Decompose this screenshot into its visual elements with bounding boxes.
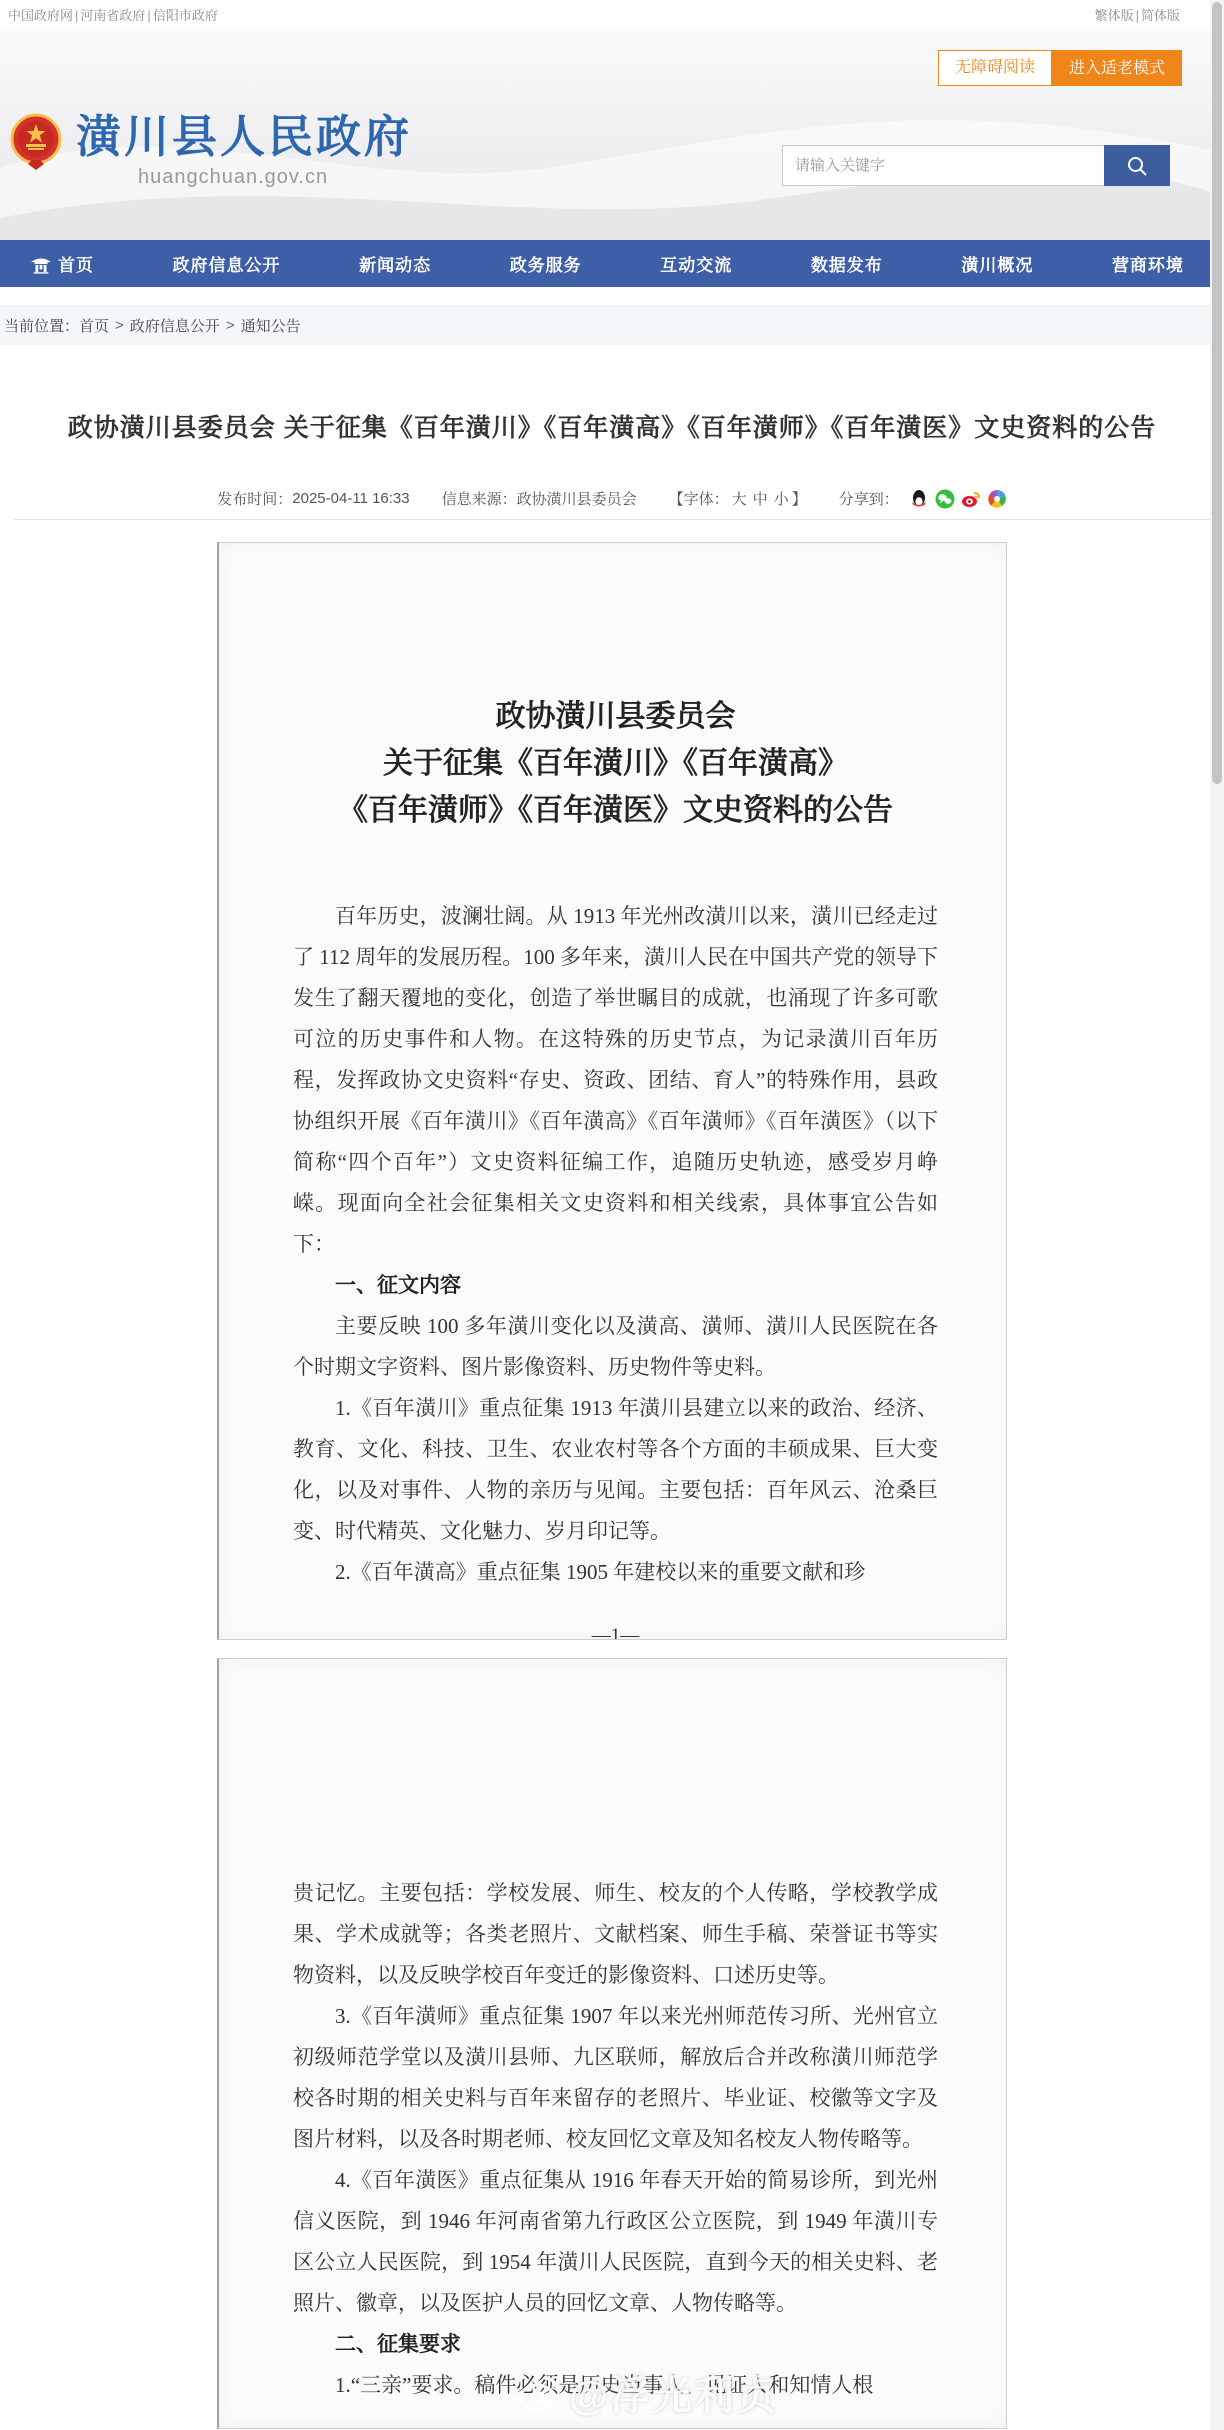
font-size-control: 【字体： 大 中 小 】 xyxy=(669,488,807,509)
breadcrumb: 当前位置： 首页 > 政府信息公开 > 通知公告 xyxy=(0,305,1224,345)
document-scan-page-1: 政协潢川县委员会关于征集《百年潢川》《百年潢高》《百年潢师》《百年潢医》文史资料… xyxy=(217,542,1007,1640)
nav-item-services[interactable]: 政务服务 xyxy=(510,251,582,276)
breadcrumb-item-home[interactable]: 首页 xyxy=(79,315,109,336)
elder-mode-button[interactable]: 进入适老模式 xyxy=(1052,50,1182,86)
nav-item-label: 数据发布 xyxy=(811,251,883,276)
nav-item-gov-info[interactable]: 政府信息公开 xyxy=(173,251,281,276)
lang-link-simplified[interactable]: 简体版 xyxy=(1141,8,1180,23)
font-size-label-close: 】 xyxy=(792,488,807,509)
document-paragraph: 4.《百年潢医》重点征集从 1916 年春天开始的简易诊所，到光州信义医院，到 … xyxy=(293,2160,938,2324)
info-source-label: 信息来源： xyxy=(442,488,517,509)
share-label: 分享到： xyxy=(839,488,899,509)
header-banner: 无障碍阅读 进入适老模式 潢川县人民政府 huangchuan.gov.cn xyxy=(0,28,1224,240)
document-title-line: 关于征集《百年潢川》《百年潢高》 xyxy=(293,740,938,787)
nav-item-label: 互动交流 xyxy=(660,251,732,276)
nav-item-label: 首页 xyxy=(58,251,94,276)
gov-link-china[interactable]: 中国政府网 xyxy=(8,8,73,23)
document-paragraph: 1.“三亲”要求。稿件必须是历史当事人、见证人和知情人根 xyxy=(293,2365,938,2406)
wechat-share-icon[interactable] xyxy=(935,489,955,509)
document-paragraph: 3.《百年潢师》重点征集 1907 年以来光州师范传习所、光州官立初级师范学堂以… xyxy=(293,1996,938,2160)
document-body-page-2: 贵记忆。主要包括：学校发展、师生、校友的个人传略，学校教学成果、学术成就等；各类… xyxy=(293,1873,938,2406)
link-separator: | xyxy=(147,8,150,23)
national-emblem-icon xyxy=(10,112,62,172)
page-title: 政协潢川县委员会 关于征集《百年潢川》《百年潢高》《百年潢师》《百年潢医》文史资… xyxy=(0,408,1224,444)
document-title-line: 《百年潢师》《百年潢医》文史资料的公告 xyxy=(293,787,938,834)
nav-item-label: 政务服务 xyxy=(510,251,582,276)
top-links-bar: 中国政府网|河南省政府|信阳市政府 繁体版|简体版 xyxy=(0,0,1224,28)
document-body-page-1: 百年历史，波澜壮阔。从 1913 年光州改潢川以来，潢川已经走过了 112 周年… xyxy=(293,896,938,1593)
link-separator: | xyxy=(1136,8,1139,23)
nav-item-business[interactable]: 营商环境 xyxy=(1112,251,1184,276)
document-title-line: 政协潢川县委员会 xyxy=(293,693,938,740)
accessibility-button[interactable]: 无障碍阅读 xyxy=(938,50,1052,86)
search-icon xyxy=(1125,154,1149,178)
document-paragraph: 主要反映 100 多年潢川变化以及潢高、潢师、潢川人民医院在各个时期文字资料、图… xyxy=(293,1306,938,1388)
search-button[interactable] xyxy=(1104,145,1170,186)
breadcrumb-item-notices[interactable]: 通知公告 xyxy=(241,315,301,336)
page-number: —1— xyxy=(293,1625,938,1640)
publish-time-label: 发布时间： xyxy=(217,488,292,509)
search-box xyxy=(782,145,1170,186)
gov-link-xinyang[interactable]: 信阳市政府 xyxy=(153,8,218,23)
share-icons xyxy=(903,489,1007,509)
breadcrumb-separator: > xyxy=(226,317,235,334)
document-paragraph: 二、征集要求 xyxy=(293,2324,938,2365)
search-input[interactable] xyxy=(782,145,1104,186)
gov-links: 中国政府网|河南省政府|信阳市政府 xyxy=(8,5,218,24)
gov-link-henan[interactable]: 河南省政府 xyxy=(80,8,145,23)
nav-item-label: 营商环境 xyxy=(1112,251,1184,276)
font-size-medium[interactable]: 中 xyxy=(753,488,768,509)
main-nav: 首页 政府信息公开 新闻动态 政务服务 互动交流 数据发布 潢川概况 营商环境 xyxy=(0,240,1224,287)
meta-divider xyxy=(14,519,1210,520)
site-logo[interactable]: 潢川县人民政府 huangchuan.gov.cn xyxy=(10,112,412,189)
document-paragraph: 贵记忆。主要包括：学校发展、师生、校友的个人传略，学校教学成果、学术成就等；各类… xyxy=(293,1873,938,1996)
document-paragraph: 一、征文内容 xyxy=(293,1265,938,1306)
document-paragraph: 2.《百年潢高》重点征集 1905 年建校以来的重要文献和珍 xyxy=(293,1552,938,1593)
document-title: 政协潢川县委员会关于征集《百年潢川》《百年潢高》《百年潢师》《百年潢医》文史资料… xyxy=(293,693,938,834)
lang-link-traditional[interactable]: 繁体版 xyxy=(1095,8,1134,23)
site-text: 潢川县人民政府 huangchuan.gov.cn xyxy=(76,112,412,189)
nav-item-data[interactable]: 数据发布 xyxy=(811,251,883,276)
qq-share-icon[interactable] xyxy=(909,489,929,509)
nav-item-label: 政府信息公开 xyxy=(173,251,281,276)
weibo-share-icon[interactable] xyxy=(961,489,981,509)
info-source-value: 政协潢川县委员会 xyxy=(517,488,637,509)
home-icon xyxy=(30,254,52,274)
nav-item-news[interactable]: 新闻动态 xyxy=(359,251,431,276)
share-control: 分享到： xyxy=(839,488,1007,509)
scrollbar-track[interactable] xyxy=(1210,0,1224,2430)
info-source: 信息来源： 政协潢川县委员会 xyxy=(442,488,637,509)
article-meta: 发布时间： 2025-04-11 16:33 信息来源： 政协潢川县委员会 【字… xyxy=(0,488,1224,509)
nav-item-label: 潢川概况 xyxy=(961,251,1033,276)
scrollbar-thumb[interactable] xyxy=(1212,2,1222,784)
breadcrumb-separator: > xyxy=(115,317,124,334)
site-domain: huangchuan.gov.cn xyxy=(138,166,412,189)
nav-item-interaction[interactable]: 互动交流 xyxy=(660,251,732,276)
document-paragraph: 1.《百年潢川》重点征集 1913 年潢川县建立以来的政治、经济、教育、文化、科… xyxy=(293,1388,938,1552)
document-scan-page-2: 贵记忆。主要包括：学校发展、师生、校友的个人传略，学校教学成果、学术成就等；各类… xyxy=(217,1658,1007,2429)
nav-item-label: 新闻动态 xyxy=(359,251,431,276)
lang-links: 繁体版|简体版 xyxy=(1095,5,1180,24)
font-size-small[interactable]: 小 xyxy=(774,488,789,509)
link-separator: | xyxy=(75,8,78,23)
font-size-large[interactable]: 大 xyxy=(732,488,747,509)
breadcrumb-label: 当前位置： xyxy=(4,315,79,336)
document-paragraph: 百年历史，波澜壮阔。从 1913 年光州改潢川以来，潢川已经走过了 112 周年… xyxy=(293,896,938,1265)
nav-item-overview[interactable]: 潢川概况 xyxy=(961,251,1033,276)
qzone-share-icon[interactable] xyxy=(987,489,1007,509)
site-name: 潢川县人民政府 xyxy=(76,112,412,162)
mode-buttons: 无障碍阅读 进入适老模式 xyxy=(938,50,1182,86)
font-size-label: 【字体： xyxy=(669,488,729,509)
publish-time-value: 2025-04-11 16:33 xyxy=(292,490,409,507)
breadcrumb-item-gov-info[interactable]: 政府信息公开 xyxy=(130,315,220,336)
nav-item-home[interactable]: 首页 xyxy=(30,251,94,276)
publish-time: 发布时间： 2025-04-11 16:33 xyxy=(217,488,409,509)
